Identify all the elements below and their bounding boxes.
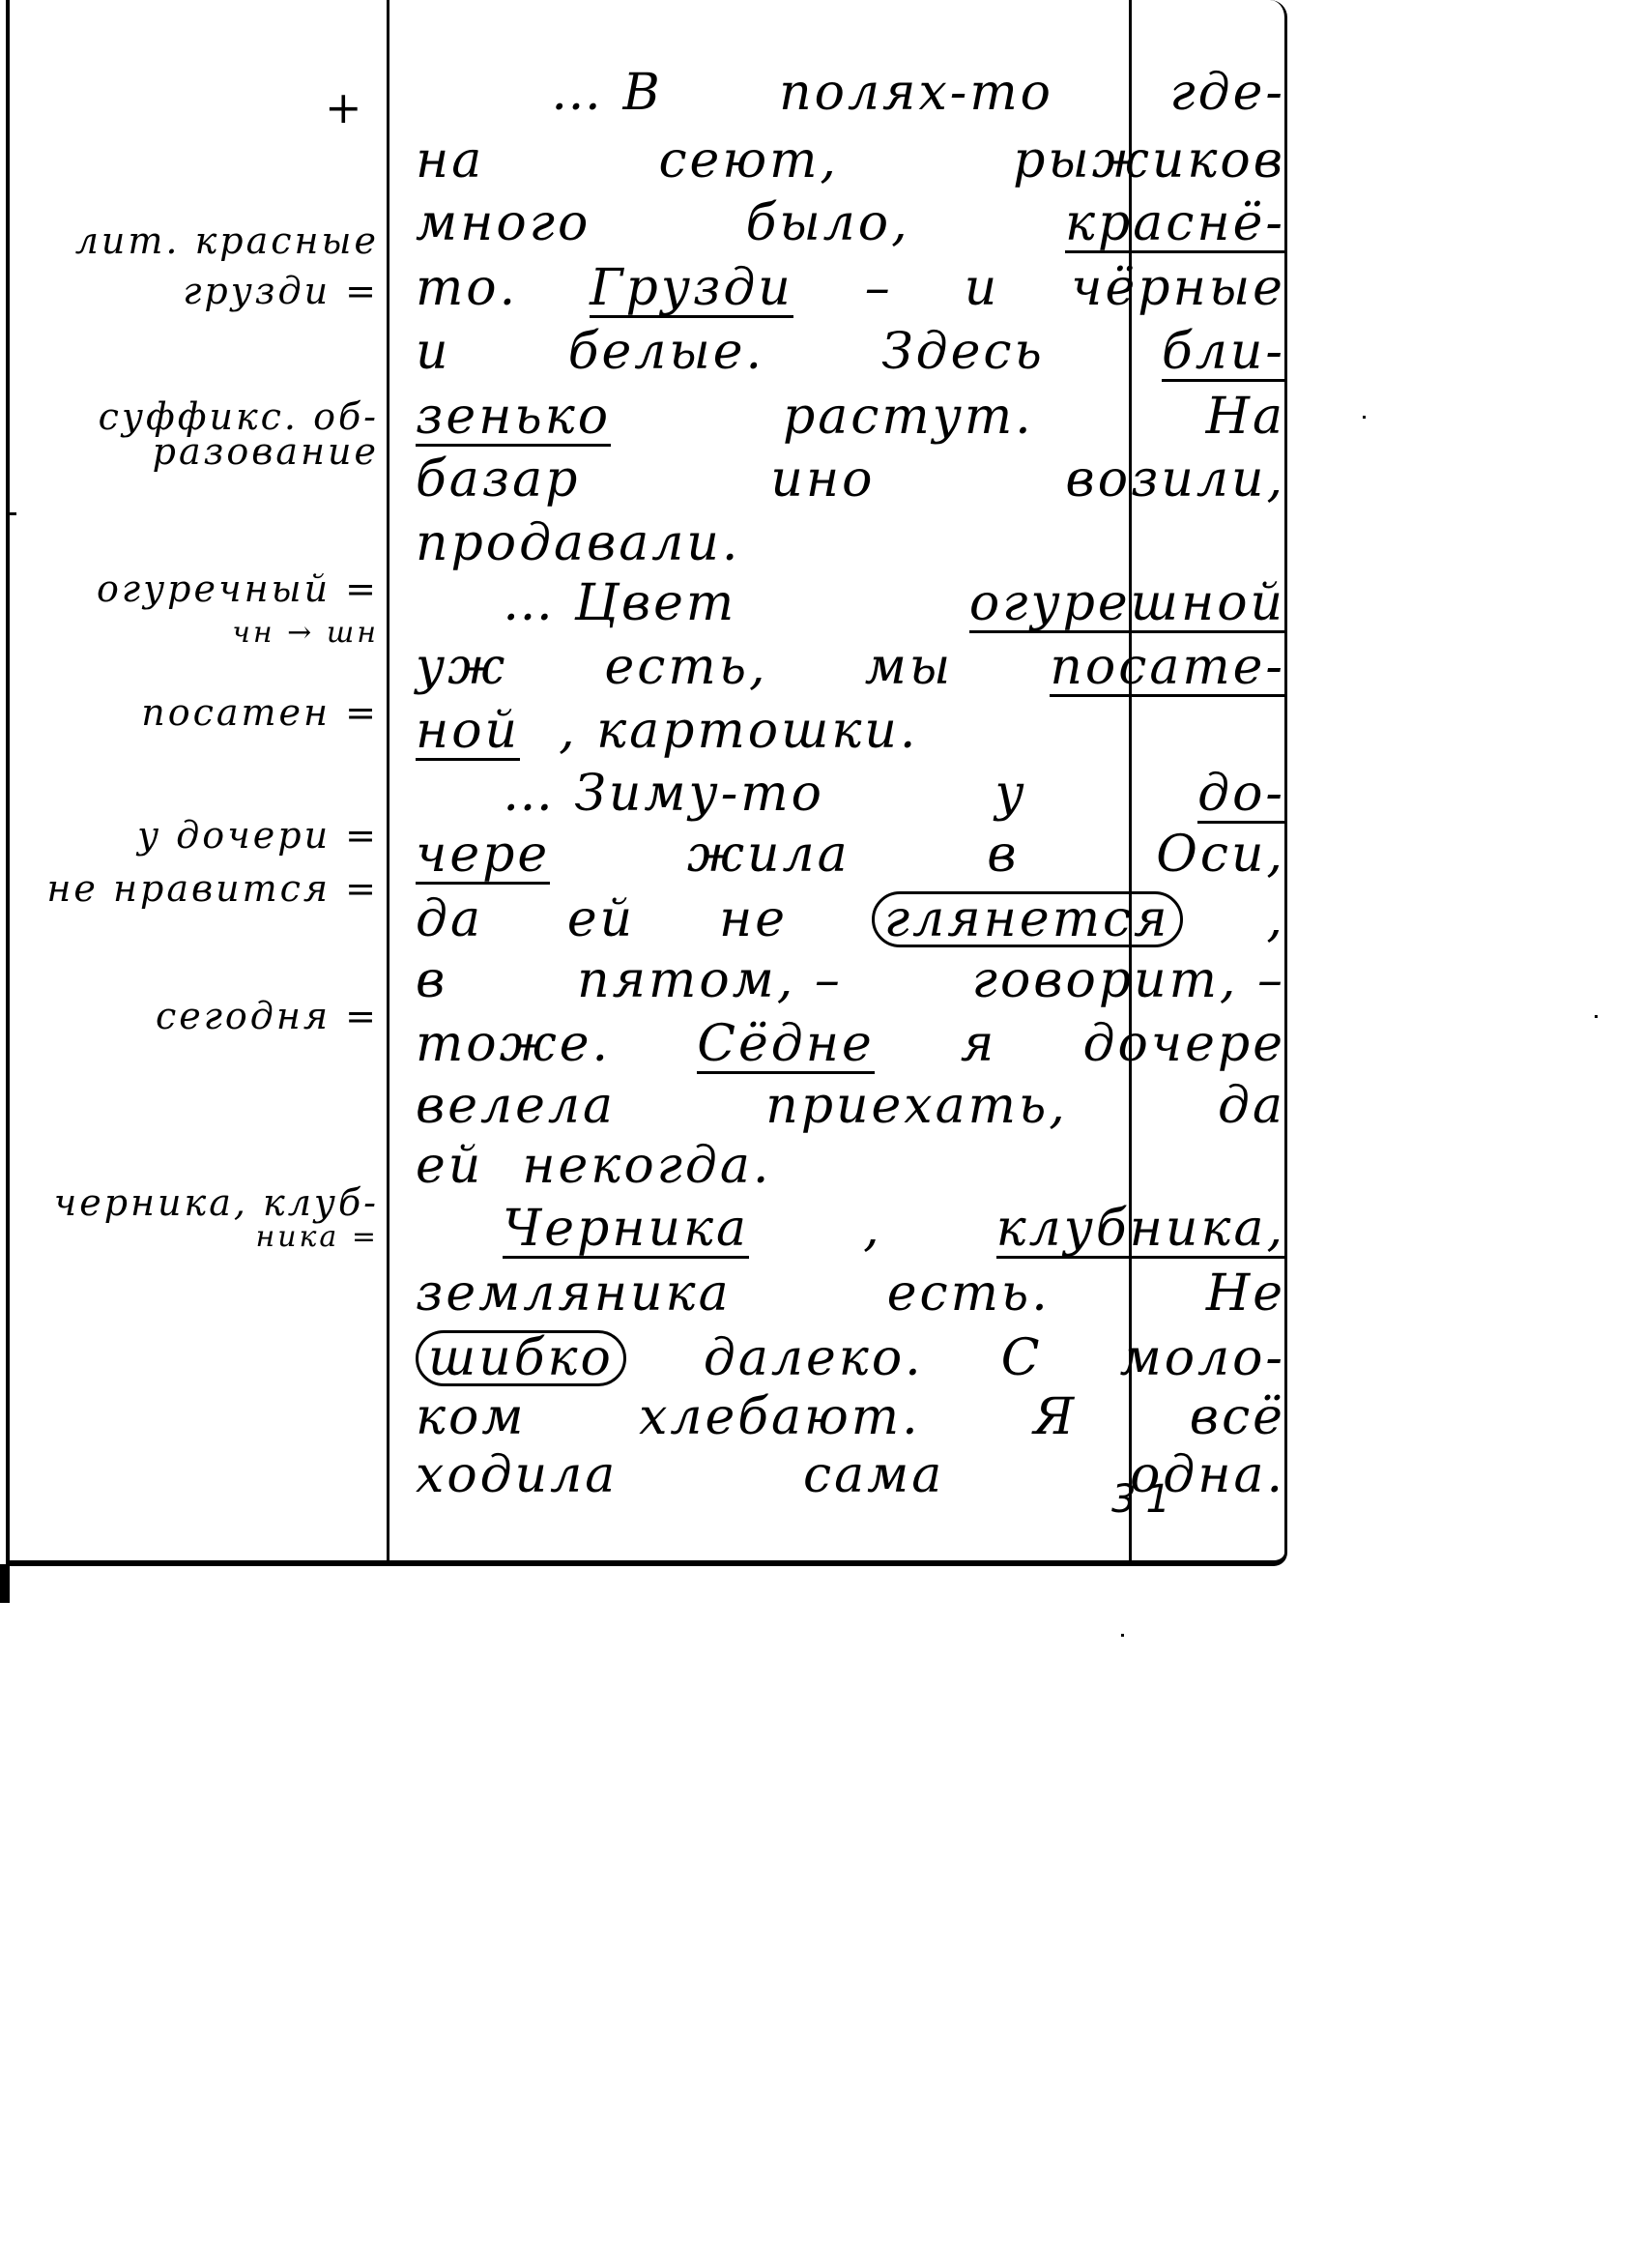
word: есть. [887,1268,1051,1319]
word: ходила [416,1450,618,1500]
text-line: шибкодалеко.Смоло- [416,1330,1285,1386]
text-line: велелаприехать,да [416,1081,1285,1131]
margin-rule-line [387,0,389,1566]
word: в [416,955,447,1005]
word: приехать, [765,1081,1068,1131]
word: ей [416,1141,483,1191]
margin-note: огуречный = [97,570,379,607]
word: растут. [783,392,1034,442]
word: где- [1169,68,1285,118]
word: не [719,894,788,945]
word: … Зиму-то [503,769,824,819]
text-line: ейнекогда. [416,1141,1285,1191]
word: Я [1033,1392,1077,1442]
word: некогда. [522,1141,771,1191]
circled-word: глянется [872,891,1183,947]
word: Здесь [881,327,1045,377]
text-line: земляникаесть.Не [416,1268,1285,1319]
text-line: … Вполях-тогде- [416,68,1285,118]
word: ино [770,454,875,505]
word: , [863,1204,882,1254]
underlined-word: Сёдне [697,1019,875,1074]
top-cross-mark: + [325,85,365,130]
word: говорит, – [972,955,1285,1005]
text-line: ужесть,мыпосате- [416,642,1285,697]
scan-speck [1363,416,1366,419]
text-line: ной, картошки. [416,706,1285,761]
underlined-word: бли- [1162,327,1285,382]
word: да [416,894,483,945]
underlined-word: до- [1197,769,1285,824]
text-line: насеют,рыжиков [416,135,1285,186]
underlined-word: клубника, [996,1204,1285,1259]
word: На [1206,392,1285,442]
word: да [1218,1081,1285,1131]
text-line: продавали. [416,518,1285,568]
word: есть, [604,642,767,692]
scan-speck [1595,1015,1598,1018]
margin-note: лит. красные [75,222,379,259]
word: пятом, – [577,955,843,1005]
text-line: чережилавОси, [416,829,1285,885]
word: дочере [1083,1019,1285,1069]
word: … В [551,68,663,118]
text-line: ибелые.Здесьбли- [416,327,1285,382]
margin-note: разование [153,433,379,470]
text-line: многобыло,краснё- [416,198,1285,253]
word: велела [416,1081,616,1131]
margin-note: чн → шн [232,619,379,648]
margin-note: ника = [255,1223,379,1252]
text-line: … Цветогурешной [416,578,1285,633]
word: было, [746,198,910,248]
margin-bracket-mark [6,425,16,515]
text-line: зенькорастут.На [416,392,1285,447]
underlined-word: Черника [503,1204,749,1259]
word: далеко. [704,1333,924,1383]
underlined-word: ной [416,706,520,761]
word: жила [687,829,850,880]
page-number: 31 [1111,1477,1180,1522]
text-line: тоже.Сёднеядочере [416,1019,1285,1074]
word: Не [1206,1268,1285,1319]
word: в [987,829,1019,880]
word: земляника [416,1268,732,1319]
word: возили, [1065,454,1285,505]
word: уж [416,642,507,692]
word: мы [865,642,953,692]
word: рыжиков [1013,135,1285,186]
scan-speck [1121,1634,1124,1637]
text-line: комхлебают.Явсё [416,1392,1285,1442]
text-line: то.Грузди–ичёрные [416,263,1285,318]
margin-note: посатен = [141,694,379,731]
text-line: Черника,клубника, [416,1204,1285,1259]
underlined-word: краснё- [1065,198,1285,253]
underlined-word: Грузди [590,263,793,318]
text-line: даейнеглянется, [416,891,1285,947]
scanned-page: + лит. красныегрузди =суффикс. об-разова… [0,0,1643,2268]
word: на [416,135,484,186]
margin-note: сегодня = [156,998,379,1034]
word: полях-то [779,68,1053,118]
word: ком [416,1392,526,1442]
word: моло- [1120,1333,1285,1383]
text-line: базариновозили, [416,454,1285,505]
underlined-word: чере [416,829,550,885]
word: сеют, [658,135,839,186]
word: Оси, [1156,829,1285,880]
page-edge-shadow [0,1564,10,1603]
text-line: впятом, –говорит, – [416,955,1285,1005]
word: … Цвет [503,578,736,628]
underlined-word: огурешной [969,578,1285,633]
word: хлебают. [639,1392,921,1442]
word: у [994,769,1026,819]
word: белые. [568,327,764,377]
word: С [1001,1333,1043,1383]
underlined-word: зенько [416,392,611,447]
underlined-word: посате- [1050,642,1285,697]
word: , картошки. [559,706,918,756]
margin-note: черника, клуб- [54,1184,379,1221]
word: много [416,198,591,248]
word: тоже. [416,1019,611,1069]
word: и [965,263,1000,313]
word: я [961,1019,996,1069]
word: , [1266,894,1285,945]
word: то. [416,263,518,313]
word: ей [567,894,635,945]
word: базар [416,454,580,505]
circled-word: шибко [416,1330,626,1386]
word: – [865,263,893,313]
word: сама [803,1450,944,1500]
margin-note: грузди = [183,273,379,309]
text-line: … Зиму-тоудо- [416,769,1285,824]
margin-note: не нравится = [46,870,379,907]
word: продавали. [416,518,740,568]
word: всё [1190,1392,1285,1442]
margin-note: у дочери = [137,817,379,854]
word: чёрные [1071,263,1285,313]
word: и [416,327,451,377]
